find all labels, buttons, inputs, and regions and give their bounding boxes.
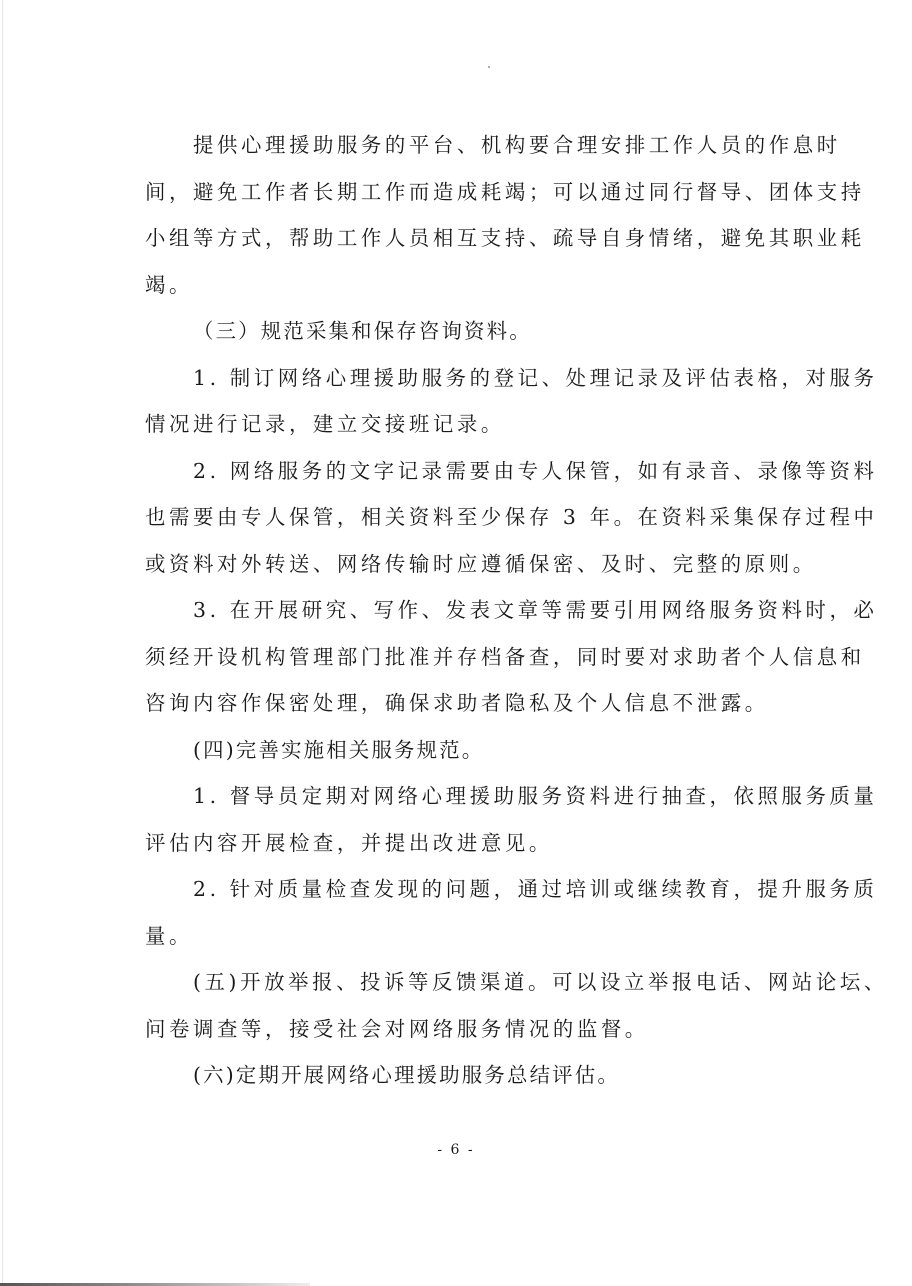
paragraph-line: 小组等方式，帮助工作人员相互支持、疏导自身情绪，避免其职业耗 <box>145 215 775 262</box>
section-heading-5: (五)开放举报、投诉等反馈渠道。可以设立举报电话、网站论坛、 <box>145 959 775 1006</box>
scan-edge-left <box>2 0 3 1286</box>
paragraph-line: 量。 <box>145 913 775 960</box>
document-body: 提供心理援助服务的平台、机构要合理安排工作人员的作息时 间，避免工作者长期工作而… <box>145 122 775 1099</box>
paragraph-line: 2. 网络服务的文字记录需要由专人保管，如有录音、录像等资料 <box>145 448 775 495</box>
paragraph-line: 竭。 <box>145 262 775 309</box>
paragraph-line: 1. 制订网络心理援助服务的登记、处理记录及评估表格，对服务 <box>145 355 775 402</box>
section-heading-6: (六)定期开展网络心理援助服务总结评估。 <box>145 1052 775 1099</box>
document-page: 提供心理援助服务的平台、机构要合理安排工作人员的作息时 间，避免工作者长期工作而… <box>0 0 912 1286</box>
page-number: - 6 - <box>0 1142 912 1158</box>
paragraph-line: 须经开设机构管理部门批准并存档备查，同时要对求助者个人信息和 <box>145 634 775 681</box>
scan-speck <box>488 66 490 68</box>
paragraph-line: 3. 在开展研究、写作、发表文章等需要引用网络服务资料时，必 <box>145 587 775 634</box>
paragraph-line: 2. 针对质量检查发现的问题，通过培训或继续教育，提升服务质 <box>145 866 775 913</box>
paragraph-line: 评估内容开展检查，并提出改进意见。 <box>145 820 775 867</box>
section-heading-4: (四)完善实施相关服务规范。 <box>145 727 775 774</box>
paragraph-line: 间，避免工作者长期工作而造成耗竭；可以通过同行督导、团体支持 <box>145 169 775 216</box>
paragraph-line: 咨询内容作保密处理，确保求助者隐私及个人信息不泄露。 <box>145 680 775 727</box>
paragraph-line: 或资料对外转送、网络传输时应遵循保密、及时、完整的原则。 <box>145 541 775 588</box>
paragraph-line: 也需要由专人保管，相关资料至少保存 3 年。在资料采集保存过程中 <box>145 494 775 541</box>
section-heading-3: （三）规范采集和保存咨询资料。 <box>145 308 775 355</box>
paragraph-line: 1. 督导员定期对网络心理援助服务资料进行抽查，依照服务质量 <box>145 773 775 820</box>
paragraph-line: 情况进行记录，建立交接班记录。 <box>145 401 775 448</box>
paragraph-line: 提供心理援助服务的平台、机构要合理安排工作人员的作息时 <box>145 122 775 169</box>
paragraph-line: 问卷调查等，接受社会对网络服务情况的监督。 <box>145 1006 775 1053</box>
